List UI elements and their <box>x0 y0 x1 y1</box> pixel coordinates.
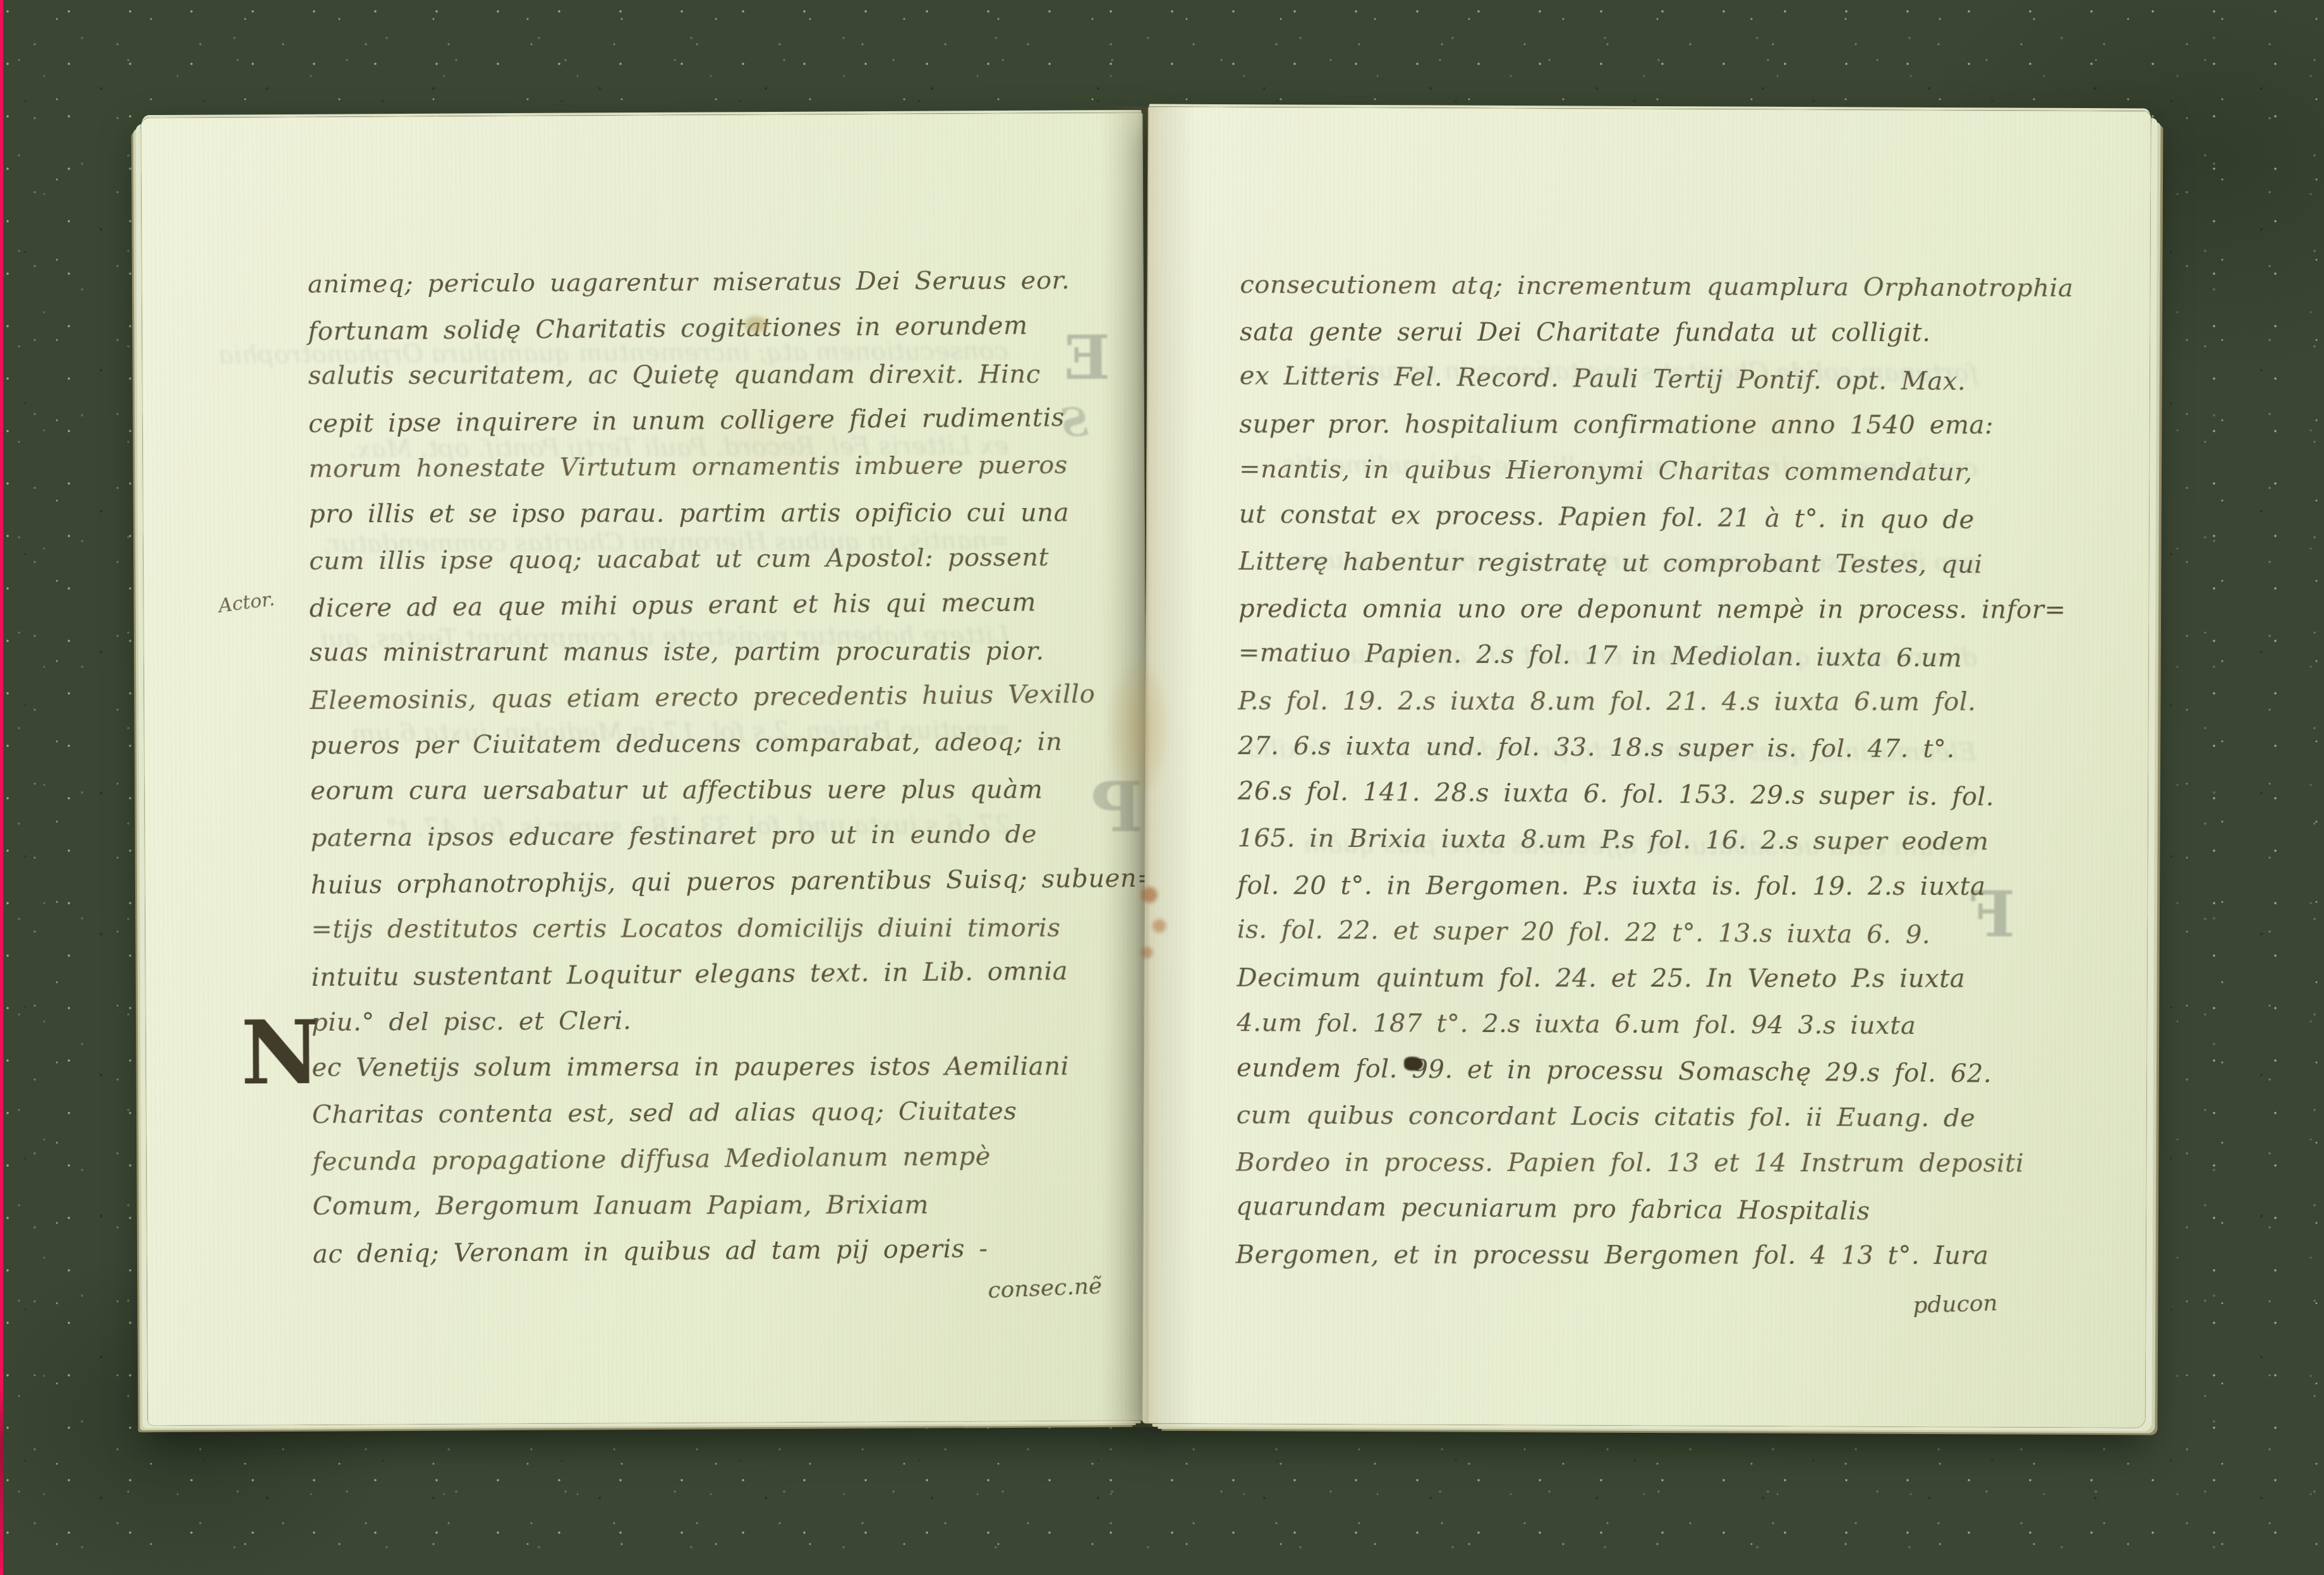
manuscript-line: Comum, Bergomum Ianuam Papiam, Brixiam <box>313 1182 1134 1229</box>
manuscript-line: P.s fol. 19. 2.s iuxta 8.um fol. 21. 4.s… <box>1238 678 2110 726</box>
manuscript-line: ex Litteris Fel. Record. Pauli Tertij Po… <box>1239 353 2112 406</box>
manuscript-line: paterna ipsos educare festinaret pro ut … <box>310 811 1132 861</box>
manuscript-line: Eleemosinis, quas etiam erecto precedent… <box>310 671 1132 724</box>
manuscript-line: pro illis et se ipso parau. partim artis… <box>309 490 1130 537</box>
manuscript-line: dicere ad ea que mihi opus erant et his … <box>309 579 1131 632</box>
manuscript-line: is. fol. 22. et super 20 fol. 22 t°. 13.… <box>1237 907 2110 960</box>
manuscript-line: predicta omnia uno ore deponunt nempè in… <box>1238 586 2110 633</box>
manuscript-line: cum quibus concordant Locis citatis fol.… <box>1236 1092 2108 1142</box>
manuscript-line: ac deniq; Veronam in quibus ad tam pij o… <box>313 1225 1135 1278</box>
manuscript-line: super pror. hospitalium confirmatione an… <box>1239 401 2111 449</box>
manuscript-line: =matiuo Papien. 2.s fol. 17 in Mediolan.… <box>1238 630 2110 683</box>
manuscript-line: ut constat ex process. Papien fol. 21 à … <box>1238 492 2111 545</box>
manuscript-line: eorum cura uersabatur ut affectibus uere… <box>310 767 1132 814</box>
manuscript-line: Charitas contenta est, sed ad alias quoq… <box>312 1088 1134 1138</box>
manuscript-line: 165. in Brixia iuxta 8.um P.s fol. 16. 2… <box>1237 815 2109 865</box>
manuscript-line: huius orphanotrophijs, qui pueros parent… <box>311 856 1133 909</box>
manuscript-line: ec Venetijs solum immersa in pauperes is… <box>312 1043 1133 1091</box>
manuscript-line: salutis securitatem, ac Quietę quandam d… <box>308 351 1130 399</box>
manuscript-line: 26.s fol. 141. 28.s iuxta 6. fol. 153. 2… <box>1238 769 2110 822</box>
manuscript-line: Bergomen, et in processu Bergomen fol. 4… <box>1236 1232 2108 1279</box>
manuscript-line: Decimum quintum fol. 24. et 25. In Venet… <box>1237 955 2109 1002</box>
manuscript-line: suas ministrarunt manus iste, partim pro… <box>310 628 1131 676</box>
manuscript-line: =tijs destitutos certis Locatos domicili… <box>311 905 1132 952</box>
left-page-text-block: animeq; periculo uagarentur miseratus De… <box>308 257 1134 1277</box>
manuscript-right-page: fortunam solidę Charitatis cogitationes … <box>1142 107 2151 1428</box>
catchword: consec.nẽ <box>988 1273 1103 1303</box>
manuscript-line: 27. 6.s iuxta und. fol. 33. 18.s super i… <box>1238 723 2110 773</box>
manuscript-left-page: consecutionem atq; incrementum quamplura… <box>141 113 1150 1426</box>
illuminated-initial-N: N <box>241 1015 321 1092</box>
manuscript-line: animeq; periculo uagarentur miseratus De… <box>308 257 1129 308</box>
manuscript-line: fortunam solidę Charitatis cogitationes … <box>308 302 1130 355</box>
catchword: pducon <box>1913 1290 1998 1318</box>
manuscript-line: sata gente serui Dei Charitate fundata u… <box>1240 309 2112 356</box>
manuscript-line: morum honestate Virtutum ornamentis imbu… <box>308 442 1130 492</box>
scan-background: consecutionem atq; incrementum quamplura… <box>0 0 2324 1575</box>
manuscript-line: piu.° del pisc. et Cleri. <box>312 995 1133 1046</box>
scanner-edge-stripe <box>0 0 3 1575</box>
manuscript-line: fecunda propagatione diffusa Mediolanum … <box>312 1133 1134 1186</box>
manuscript-line: fol. 20 t°. in Bergomen. P.s iuxta is. f… <box>1237 863 2109 910</box>
manuscript-line: =nantis, in quibus Hieronymi Charitas co… <box>1239 446 2111 496</box>
manuscript-line: pueros per Ciuitatem deducens comparabat… <box>310 719 1132 769</box>
manuscript-line: 4.um fol. 187 t°. 2.s iuxta 6.um fol. 94… <box>1237 1000 2109 1050</box>
manuscript-line: Bordeo in process. Papien fol. 13 et 14 … <box>1236 1140 2108 1187</box>
manuscript-line: Litterę habentur registratę ut comproban… <box>1238 538 2110 588</box>
manuscript-line: cepit ipse inquirere in unum colligere f… <box>308 394 1130 447</box>
manuscript-line: intuitu sustentant Loquitur elegans text… <box>311 948 1133 1001</box>
manuscript-line: cum illis ipse quoq; uacabat ut cum Apos… <box>309 534 1130 585</box>
manuscript-line: eundem fol. 99. et in processu Somaschę … <box>1237 1045 2109 1098</box>
open-manuscript-book: consecutionem atq; incrementum quamplura… <box>0 0 2324 1575</box>
margin-annotation: Actor. <box>217 588 276 617</box>
right-page-text-block: consecutionem atq; incrementum quamplura… <box>1235 262 2112 1280</box>
manuscript-line: consecutionem atq; incrementum quamplura… <box>1240 262 2112 312</box>
manuscript-line: quarundam pecuniarum pro fabrica Hospita… <box>1236 1184 2109 1237</box>
